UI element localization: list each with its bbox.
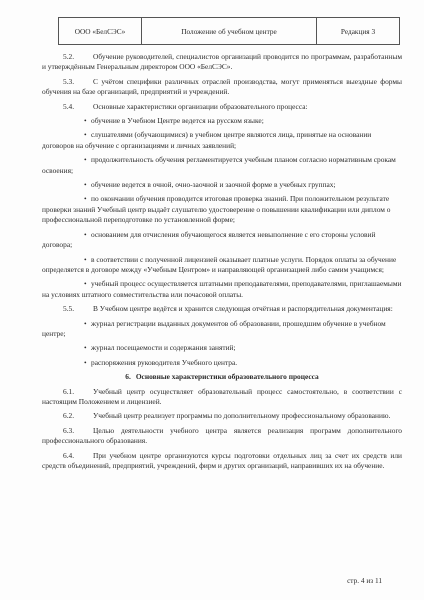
bullet-icon: • xyxy=(63,358,91,368)
paragraph-6-1: 6.1.Учебный центр осуществляет образоват… xyxy=(42,387,402,408)
header-table: ООО «БелСЭС» Положение об учебном центре… xyxy=(58,17,400,45)
document-body: 5.2.Обучение руководителей, специалистов… xyxy=(42,52,402,475)
page-number: стр. 4 из 11 xyxy=(347,576,382,585)
paragraph-5-2: 5.2.Обучение руководителей, специалистов… xyxy=(42,52,402,73)
list-item: •по окончании обучения проводится итогов… xyxy=(42,194,402,225)
bullet-icon: • xyxy=(63,279,91,289)
paragraph-6-4: 6.4.При учебном центре организуются курс… xyxy=(42,451,402,472)
list-item: •распоряжения руководителя Учебного цент… xyxy=(42,358,402,368)
bullet-icon: • xyxy=(63,255,91,265)
list-item: •учебный процесс осуществляется штатными… xyxy=(42,279,402,300)
list-item: •обучение в Учебном Центре ведется на ру… xyxy=(42,116,402,126)
section-heading: 6.Основные характеристики образовательно… xyxy=(42,372,402,382)
bullet-icon: • xyxy=(63,180,91,190)
paragraph-5-3: 5.3.С учётом специфики различных отрасле… xyxy=(42,77,402,98)
list-item: •журнал посещаемости и содержания заняти… xyxy=(42,343,402,353)
paragraph-5-4: 5.4.Основные характеристики организации … xyxy=(42,102,402,112)
header-org: ООО «БелСЭС» xyxy=(59,18,142,44)
header-title: Положение об учебном центре xyxy=(142,18,317,44)
list-item: •слушателями (обучающимися) в учебном це… xyxy=(42,130,402,151)
document-page: ООО «БелСЭС» Положение об учебном центре… xyxy=(0,0,424,600)
list-item: •основанием для отчисления обучающегося … xyxy=(42,230,402,251)
list-item: •продолжительность обучения регламентиру… xyxy=(42,155,402,176)
bullet-icon: • xyxy=(63,343,91,353)
paragraph-5-5: 5.5.В Учебном центре ведётся и хранится … xyxy=(42,304,402,314)
list-item: •в соответствии с полученной лицензией о… xyxy=(42,255,402,276)
bullet-icon: • xyxy=(63,230,91,240)
bullet-icon: • xyxy=(63,130,91,140)
header-edition: Редакция 3 xyxy=(317,18,399,44)
list-item: •обучение ведется в очной, очно-заочной … xyxy=(42,180,402,190)
bullet-icon: • xyxy=(63,194,91,204)
paragraph-6-3: 6.3.Целью деятельности учебного центра я… xyxy=(42,426,402,447)
list-item: •журнал регистрации выданных документов … xyxy=(42,319,402,340)
bullet-icon: • xyxy=(63,116,91,126)
paragraph-6-2: 6.2.Учебный центр реализует программы по… xyxy=(42,411,402,421)
bullet-icon: • xyxy=(63,319,91,329)
bullet-icon: • xyxy=(63,155,91,165)
